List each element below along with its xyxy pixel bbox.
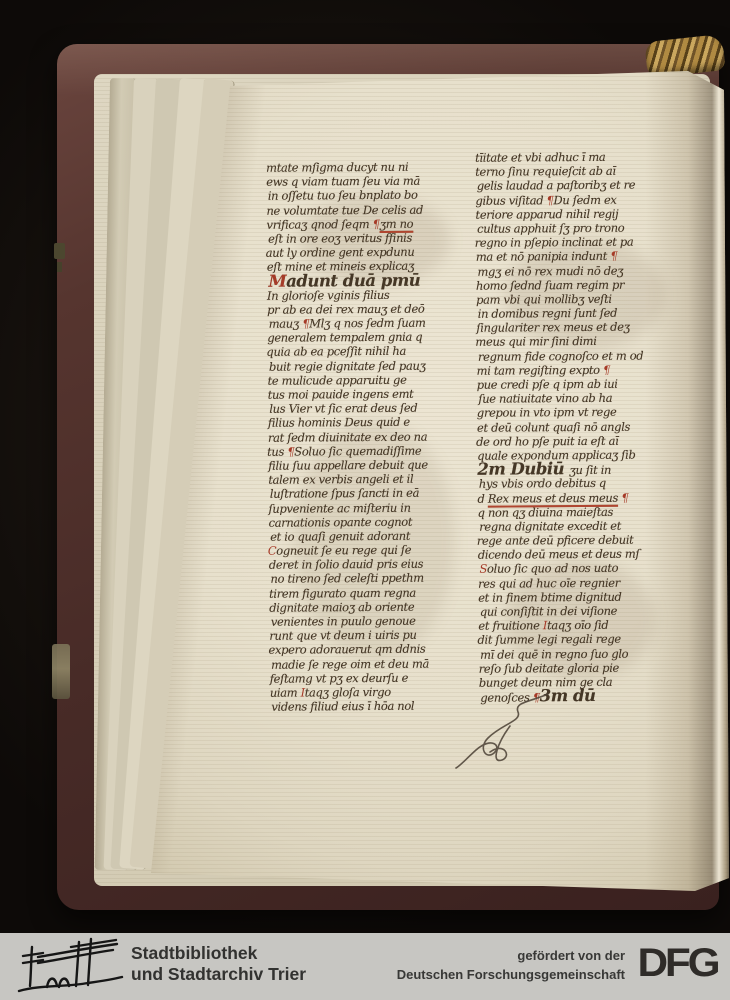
manuscript-text: aut ly ordine gent expdunu [266, 245, 415, 260]
manuscript-text: pam vbi qui mollibʒ veſti [476, 292, 612, 307]
manuscript-text: no tireno ſed celeſti ppethm [270, 571, 423, 586]
manuscript-text: ſingulariter rex meus et deʒ [476, 320, 630, 335]
manuscript-text: vrificaʒ qnod ſeqm [266, 217, 372, 232]
manuscript-text: quia ab ea pceſſit nihil ha [266, 344, 406, 359]
manuscript-text: teriore apparud nihil regij [475, 206, 618, 221]
manuscript-text: cultus apphuit ſʒ pro trono [477, 221, 624, 236]
manuscript-text: d [477, 491, 487, 505]
manuscript-line: de ord ho pſe puit ia eſt aī [476, 433, 686, 449]
manuscript-line: tīitate et vbi adhuc ī ma [475, 149, 685, 165]
pen-flourish [452, 686, 582, 774]
manuscript-text: terno ſinu requieſcit ab aī [475, 164, 616, 179]
funding-line2: Deutschen Forschungsgemeinschaft [397, 966, 625, 985]
manuscript-text: tus [267, 444, 287, 458]
rubric-text: ʒm no [380, 216, 414, 230]
manuscript-text: ſupveniente ac miſteriu in [268, 500, 410, 515]
manuscript-line: talem ex verbis angeli et il [268, 471, 478, 487]
clasp-remnant [52, 644, 70, 699]
manuscript-text: deret in ſolio dauid pris eius [269, 557, 423, 572]
manuscript-line: carnationis opante cognot [269, 514, 479, 530]
manuscript-line: in oſſetu tuo ſeu bnplato bo [268, 188, 478, 204]
manuscript-line: d Rex meus et deus meus ¶ [477, 490, 687, 506]
manuscript-text: Du ſedm ex [553, 192, 616, 206]
manuscript-line: Cogneuit ſe eu rege qui ſe [268, 542, 478, 558]
manuscript-text: adunt duā [286, 270, 381, 290]
manuscript-text: pue credi pſe q ipm ab iui [477, 377, 618, 392]
manuscript-text: mauʒ [269, 317, 303, 331]
manuscript-line: ews q viam tuam ſeu via mā [266, 173, 476, 189]
manuscript-text: de ord ho pſe puit ia eſt aī [476, 433, 618, 448]
manuscript-line: videns filiud eius ī hōa nol [271, 698, 481, 714]
manuscript-line: reſo ſub deitate gloria pie [479, 660, 689, 676]
manuscript-text: et in finem btime dignitud [478, 590, 621, 605]
manuscript-text: generalem tempalem gnia q [267, 330, 422, 345]
manuscript-line: regna dignitate excedit et [479, 518, 689, 534]
manuscript-text: tirem figurato quam regna [269, 585, 416, 600]
manuscript-line: regno in pſepio inclinat et pa [475, 234, 685, 250]
rubric-text: ¶ [603, 363, 610, 377]
manuscript-line: mtate mſigma ducyt nu ni [266, 159, 476, 175]
manuscript-line: Madunt duā pmū [268, 273, 478, 289]
manuscript-line: buit regie dignitate ſed pauʒ [269, 358, 479, 374]
manuscript-line: vrificaʒ qnod ſeqm ¶ʒm no [266, 216, 476, 232]
manuscript-line: grepou in vto ipm vt rege [477, 405, 687, 421]
manuscript-text: et fruitione [478, 618, 543, 632]
manuscript-text: uiam [270, 685, 301, 699]
manuscript-text: filius hominis Deus quid e [268, 415, 410, 430]
manuscript-text: regna dignitate excedit et [479, 519, 621, 534]
manuscript-line: pue credi pſe q ipm ab iui [477, 376, 687, 392]
dfg-logo: DFG [637, 941, 717, 985]
manuscript-text: gibus viſitad [475, 193, 546, 207]
manuscript-line: runt que vt deum i uiris pu [269, 627, 479, 643]
manuscript-text: carnationis opante cognot [269, 514, 413, 529]
manuscript-line: hys vbis ordo debitus q [479, 476, 689, 492]
manuscript-line: feſtamg vt pʒ ex deurſu e [270, 670, 480, 686]
manuscript-text: q non qʒ diuina maieſtas [478, 504, 614, 519]
manuscript-text: et io quaſi genuit adorant [270, 529, 410, 544]
manuscript-line: tirem figurato quam regna [269, 585, 479, 601]
manuscript-line: tus ¶Soluo ſic quemadiſſime [267, 443, 477, 459]
manuscript-text: buit regie dignitate ſed pauʒ [269, 358, 426, 373]
manuscript-text: reſo ſub deitate gloria pie [479, 660, 619, 675]
library-name-line1: Stadtbibliothek [131, 943, 306, 964]
manuscript-line: mi tam regiſting expto ¶ [477, 362, 687, 378]
manuscript-line: te mulicude apparuitu ge [268, 372, 478, 388]
manuscript-text: taqʒ gloſa virgo [305, 685, 391, 700]
manuscript-text: ʒu ſit in [569, 463, 611, 477]
manuscript-text: luſtratione ſpus ſancti in eā [270, 486, 419, 501]
manuscript-line: rat ſedm diuinitate ex deo na [268, 429, 478, 445]
manuscript-line: mī dei quē in regno ſuo glo [480, 646, 690, 662]
manuscript-text: eſt in ore eoʒ veritus ffinis [268, 231, 412, 246]
manuscript-line: expero adorauerut qm ddnis [268, 642, 478, 658]
manuscript-text: expero adorauerut qm ddnis [268, 642, 425, 657]
manuscript-line: in domibus regni ſunt ſed [478, 305, 688, 321]
manuscript-line: dignitate maioʒ ab oriente [269, 599, 479, 615]
rubric-text: ¶ [610, 249, 617, 263]
manuscript-text: pmū [381, 270, 421, 289]
manuscript-line: qui conſiſtit in dei viſione [480, 603, 690, 619]
manuscript-text: regno in pſepio inclinat et pa [475, 235, 634, 250]
manuscript-text: madie ſe rege oim et deu mā [271, 656, 429, 671]
manuscript-text: res qui ad huc oīe regnier [478, 575, 620, 590]
manuscript-line: luſtratione ſpus ſancti in eā [270, 486, 480, 502]
rubric-text: ¶ [618, 490, 628, 504]
manuscript-text: in oſſetu tuo ſeu bnplato bo [268, 188, 418, 203]
manuscript-line: res qui ad huc oīe regnier [478, 575, 688, 591]
footer-banner: Stadtbibliothek und Stadtarchiv Trier ge… [0, 933, 730, 1000]
manuscript-line: et in finem btime dignitud [478, 589, 688, 605]
funding-credit: gefördert von der Deutschen Forschungsge… [397, 947, 625, 984]
manuscript-text: ſue natiuitate vino ab ha [478, 391, 612, 406]
manuscript-line: ma et nō panipia indunt ¶ [476, 249, 686, 265]
manuscript-line: homo ſednd ſuam regim pr [476, 277, 686, 293]
manuscript-line: dicendo deū meus et deus mſ [478, 547, 688, 563]
manuscript-text: filiu ſuu appellare debuit que [268, 458, 428, 473]
manuscript-line: Soluo ſic quo ad nos uato [479, 561, 689, 577]
manuscript-text: dit ſumme legi regali rege [477, 632, 620, 647]
manuscript-text: grepou in vto ipm vt rege [477, 405, 617, 420]
rubric-text: M [268, 271, 286, 290]
manuscript-line: no tireno ſed celeſti ppethm [270, 571, 480, 587]
manuscript-line: ſingulariter rex meus et deʒ [476, 320, 686, 336]
manuscript-text: regnum fide cognoſco et m od [478, 348, 643, 363]
manuscript-line: tus moi pauide ingens emt [268, 386, 478, 402]
manuscript-line: teriore apparud nihil regij [475, 206, 685, 222]
funding-line1: gefördert von der [397, 947, 625, 966]
manuscript-line: meus qui mir ſini dimi [475, 334, 685, 350]
manuscript-line: gelis laudad a paſtoribʒ et re [477, 178, 687, 194]
manuscript-line: quia ab ea pceſſit nihil ha [266, 344, 476, 360]
manuscript-text: mī dei quē in regno ſuo glo [480, 646, 628, 661]
manuscript-line: cultus apphuit ſʒ pro trono [477, 220, 687, 236]
manuscript-line: ne volumtate tue De celis ad [266, 202, 476, 218]
manuscript-line: mgʒ ei nō rex mudi nō deʒ [477, 263, 687, 279]
manuscript-line: q non qʒ diuina maieſtas [478, 504, 688, 520]
manuscript-text: dignitate maioʒ ab oriente [269, 600, 414, 615]
manuscript-text: Soluo ſic quemadiſſime [294, 443, 421, 458]
manuscript-text: Mlʒ q nos ſedm ſuam [309, 316, 425, 331]
manuscript-photo: mtate mſigma ducyt nu niews q viam tuam … [0, 0, 730, 933]
manuscript-column-left: mtate mſigma ducyt nu niews q viam tuam … [266, 159, 480, 714]
manuscript-line: lus Vier vt ſic erat deus ſed [269, 400, 479, 416]
manuscript-text: homo ſednd ſuam regim pr [476, 277, 624, 292]
manuscript-line: gibus viſitad ¶Du ſedm ex [475, 192, 685, 208]
manuscript-line: aut ly ordine gent expdunu [266, 244, 476, 260]
manuscript-line: generalem tempalem gnia q [267, 330, 477, 346]
manuscript-line: terno ſinu requieſcit ab aī [475, 163, 685, 179]
manuscript-text: te mulicude apparuitu ge [268, 373, 407, 388]
manuscript-line: venientes in puulo genoue [271, 613, 481, 629]
manuscript-line: filius hominis Deus quid e [268, 415, 478, 431]
manuscript-line: ſupveniente ac miſteriu in [268, 500, 478, 516]
manuscript-text: runt que vt deum i uiris pu [269, 628, 416, 643]
manuscript-text: qui conſiſtit in dei viſione [480, 604, 617, 619]
manuscript-text: in domibus regni ſunt ſed [478, 306, 617, 321]
clasp-remnant [54, 243, 65, 259]
manuscript-text: taqʒ oīo ſid [547, 618, 608, 632]
manuscript-text: ne volumtate tue De celis ad [266, 202, 423, 217]
manuscript-text: rat ſedm diuinitate ex deo na [268, 429, 427, 444]
manuscript-text: lus Vier vt ſic erat deus ſed [269, 401, 417, 416]
manuscript-text: videns filiud eius ī hōa nol [271, 699, 414, 714]
manuscript-line: eſt in ore eoʒ veritus ffinis [268, 230, 478, 246]
stadtbibliothek-trier-logo-icon [16, 935, 126, 998]
manuscript-line: pr ab ea dei rex mauʒ et deō [267, 301, 477, 317]
manuscript-line: 2m Dubiū ʒu ſit in [477, 461, 687, 477]
library-name: Stadtbibliothek und Stadtarchiv Trier [131, 943, 306, 985]
manuscript-line: ſue natiuitate vino ab ha [478, 390, 688, 406]
manuscript-line: deret in ſolio dauid pris eius [269, 557, 479, 573]
manuscript-text: hys vbis ordo debitus q [479, 476, 606, 491]
manuscript-line: et fruitione Itaqʒ oīo ſid [478, 617, 688, 633]
rubric-text: S [479, 562, 487, 576]
manuscript-line: uiam Itaqʒ gloſa virgo [270, 684, 480, 700]
manuscript-text: mgʒ ei nō rex mudi nō deʒ [477, 263, 623, 278]
manuscript-text: rege ante deū pficere debuit [477, 533, 634, 548]
manuscript-text: pr ab ea dei rex mauʒ et deō [267, 302, 424, 317]
manuscript-line: mauʒ ¶Mlʒ q nos ſedm ſuam [269, 315, 479, 331]
manuscript-line: et io quaſi genuit adorant [270, 528, 480, 544]
manuscript-text: tus moi pauide ingens emt [268, 387, 414, 402]
manuscript-text: oluo ſic quo ad nos uato [487, 561, 618, 576]
manuscript-text: ma et nō panipia indunt [476, 249, 611, 264]
manuscript-line: et deū colunt quaſi nō angls [477, 419, 687, 435]
library-name-line2: und Stadtarchiv Trier [131, 964, 306, 985]
rubric-text: Rex meus et deus meus [488, 490, 618, 505]
manuscript-text: feſtamg vt pʒ ex deurſu e [270, 671, 409, 686]
manuscript-text: tīitate et vbi adhuc ī ma [475, 150, 605, 165]
manuscript-text: mi tam regiſting expto [477, 363, 604, 378]
manuscript-text: et deū colunt quaſi nō angls [477, 419, 630, 434]
manuscript-text: talem ex verbis angeli et il [268, 472, 413, 487]
manuscript-text: dicendo deū meus et deus mſ [478, 547, 640, 562]
manuscript-line: regnum fide cognoſco et m od [478, 348, 688, 364]
manuscript-text: venientes in puulo genoue [271, 614, 416, 629]
manuscript-column-right: tīitate et vbi adhuc ī materno ſinu requ… [475, 149, 689, 704]
manuscript-line: rege ante deū pficere debuit [477, 532, 687, 548]
manuscript-text: ogneuit ſe eu rege qui ſe [276, 543, 411, 558]
manuscript-text: ews q viam tuam ſeu via mā [266, 174, 420, 189]
manuscript-text: gelis laudad a paſtoribʒ et re [477, 178, 635, 193]
manuscript-line: dit ſumme legi regali rege [477, 632, 687, 648]
manuscript-line: pam vbi qui mollibʒ veſti [476, 291, 686, 307]
manuscript-text: meus qui mir ſini dimi [475, 334, 596, 349]
manuscript-text: mtate mſigma ducyt nu ni [266, 160, 408, 175]
manuscript-line: madie ſe rege oim et deu mā [271, 656, 481, 672]
manuscript-line: filiu ſuu appellare debuit que [268, 457, 478, 473]
